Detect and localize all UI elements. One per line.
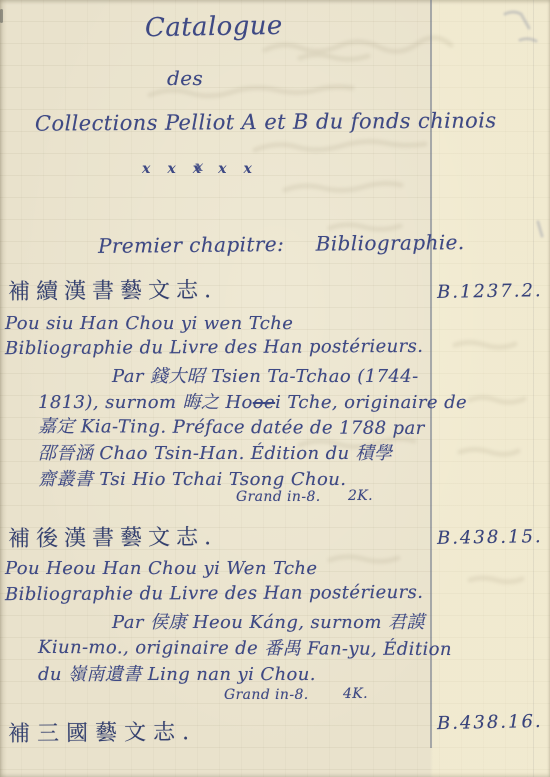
entry-romanization: Pou Heou Han Chou yi Wen Tche [5,558,317,579]
shelfmark-reference: B.438.15. [437,526,543,549]
collection-title-line: Collections Pelliot A et B du fonds chin… [35,108,497,135]
entry-body-line: 邵晉涵 Chao Tsin-Han. Édition du 積學 [38,439,392,465]
entry-body-line: Par 錢大昭 Tsien Ta-Tchao (1744- [112,362,419,388]
shelfmark-reference: B.438.16. [437,711,543,734]
x-mark: x [218,161,226,177]
entry-body-line: du 嶺南遺書 Ling nan yi Chou. [38,660,316,686]
entry-title-chinese: 補後漢書藝文志. [8,520,217,553]
x-mark: x [243,161,251,177]
entry-body-line: Par 侯康 Heou Káng, surnom 君謨 [112,608,425,634]
entry-translation: Bibliographie du Livre des Han postérieu… [5,336,423,359]
entry-body-line: Kiun-mo., originaire de 番禺 Fan-yu, Éditi… [38,633,452,661]
shelfmark-reference: B.1237.2. [437,280,543,303]
right-edge-rule-line [533,0,534,777]
x-mark: x [167,161,175,177]
chapter-label: Premier chapitre: [98,232,284,258]
entry-format: Grand in-8. [236,489,321,505]
entry-romanization: Pou siu Han Chou yi wen Tche [5,313,293,334]
body-text: i Tche, originaire de [275,392,467,413]
entry-format: Grand in-8. [224,687,309,703]
manuscript-page: Catalogue des Collections Pelliot A et B… [0,0,550,777]
entry-title-chinese: 補續漢書藝文志. [8,273,217,306]
scan-edge-mark [0,9,3,23]
entry-title-chinese: 補三國藝文志. [8,715,196,748]
body-text: 1813), surnom 晦之 Ho [38,392,253,413]
section-separator-marks: x x x x x [142,161,252,177]
x-mark: x [142,161,150,177]
entry-volumes: 2K. [348,488,373,504]
entry-volumes: 4K. [343,686,368,702]
chapter-title: Bibliographie. [316,230,465,256]
page-subtitle: des [167,66,203,90]
entry-body-line: 嘉定 Kia-Ting. Préface datée de 1788 par [38,412,425,440]
page-title: Catalogue [145,11,283,43]
struck-out-text: oe [253,392,275,413]
x-mark-double-struck: x [193,161,201,177]
chapter-heading: Premier chapitre: Bibliographie. [98,230,465,258]
entry-translation: Bibliographie du Livre des Han postérieu… [5,582,423,605]
entry-body-line: 齋叢書 Tsi Hio Tchai Tsong Chou. [38,465,346,491]
entry-body-line: 1813), surnom 晦之 Hooei Tche, originaire … [38,388,467,414]
